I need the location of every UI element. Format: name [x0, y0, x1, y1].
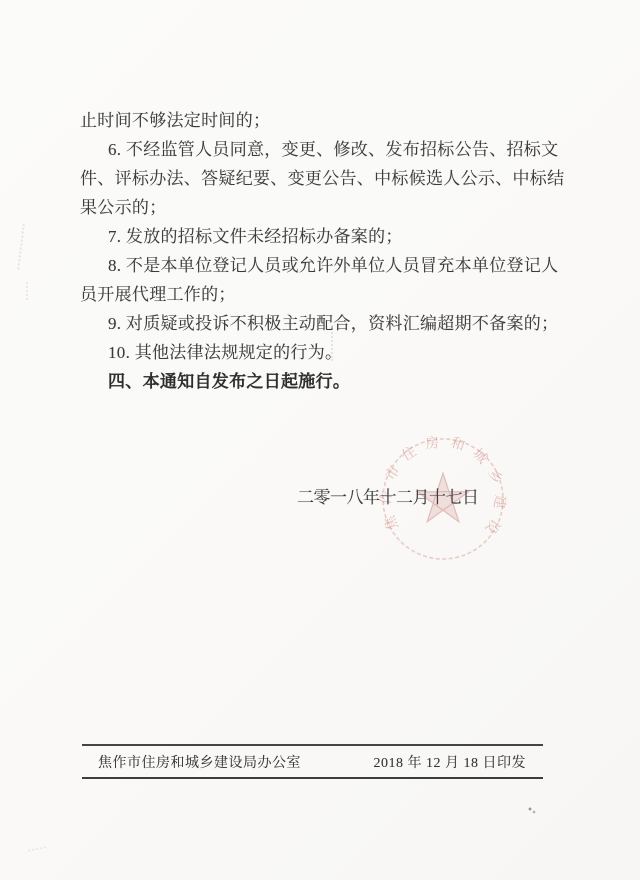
body-line: 8. 不是本单位登记人员或允许外单位人员冒充本单位登记人: [80, 251, 566, 280]
body-line: 果公示的；: [80, 193, 566, 222]
scan-artifact: [26, 282, 32, 300]
body-line: 10. 其他法律法规规定的行为。: [80, 338, 566, 367]
scan-artifact: [26, 836, 46, 851]
body-line: 6. 不经监管人员同意，变更、修改、发布招标公告、招标文: [80, 135, 566, 164]
body-line: 7. 发放的招标文件未经招标办备案的；: [80, 222, 566, 251]
footer-print-date: 2018 年 12 月 18 日印发: [374, 752, 527, 772]
body-line: 员开展代理工作的；: [80, 280, 566, 309]
body-line: 止时间不够法定时间的；: [80, 106, 566, 135]
scan-artifact: [527, 805, 537, 817]
body-line: 四、本通知自发布之日起施行。: [80, 367, 566, 396]
body-line: 件、评标办法、答疑纪要、变更公告、中标候选人公示、中标结: [80, 164, 566, 193]
signature-date: 二零一八年十二月十七日: [297, 483, 479, 508]
notice-body: 止时间不够法定时间的；6. 不经监管人员同意，变更、修改、发布招标公告、招标文件…: [80, 106, 566, 396]
body-line: 9. 对质疑或投诉不积极主动配合，资料汇编超期不备案的；: [80, 309, 566, 338]
scan-artifact: [17, 224, 33, 271]
footer-office-name: 焦作市住房和城乡建设局办公室: [98, 752, 301, 772]
page-footer: 焦作市住房和城乡建设局办公室 2018 年 12 月 18 日印发: [82, 744, 543, 779]
footer-bottom-rule: [82, 777, 543, 779]
scanned-notice-page: 止时间不够法定时间的；6. 不经监管人员同意，变更、修改、发布招标公告、招标文件…: [0, 0, 640, 880]
